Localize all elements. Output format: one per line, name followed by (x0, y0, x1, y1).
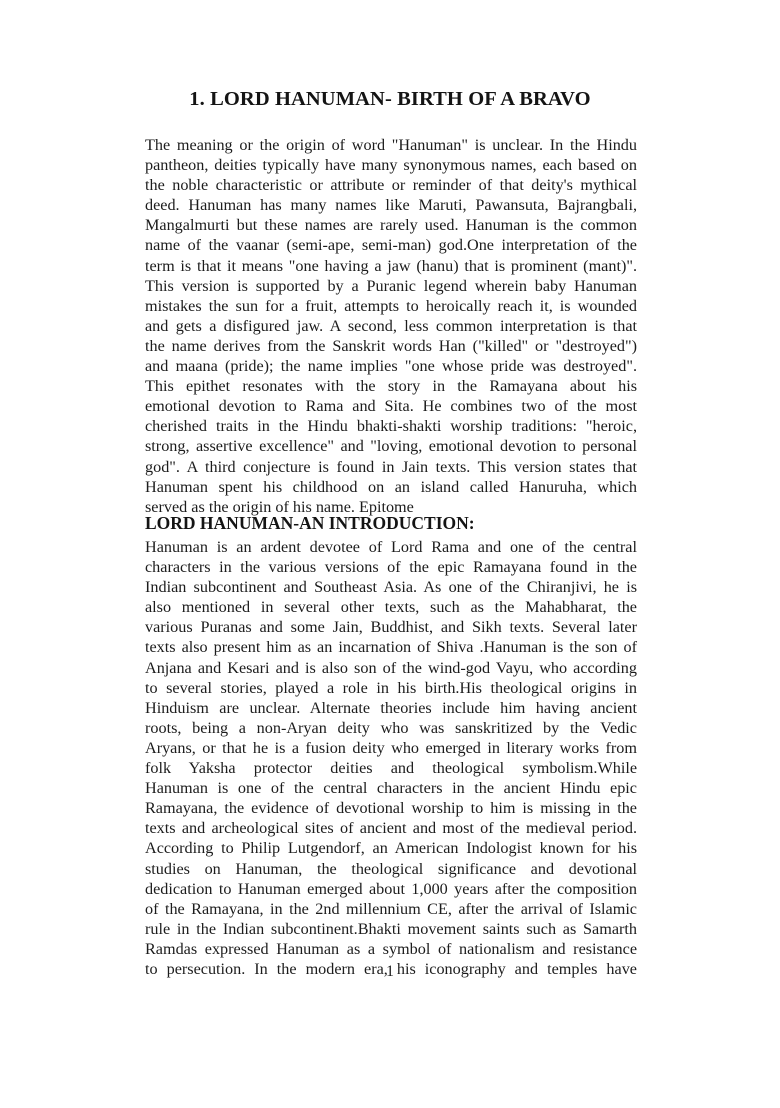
chapter-title: 1. LORD HANUMAN- BIRTH OF A BRAVO (0, 88, 780, 111)
text-line: Hanuman is an ardent devotee of Lord Ram… (145, 537, 637, 557)
text-line: characters in the various versions of th… (145, 557, 637, 577)
text-line: Ramdas expressed Hanuman as a symbol of … (145, 939, 637, 959)
text-line: Ramayana, the evidence of devotional wor… (145, 798, 637, 818)
text-line: term is that it means "one having a jaw … (145, 256, 637, 276)
text-line: According to Philip Lutgendorf, an Ameri… (145, 838, 637, 858)
text-line: This version is supported by a Puranic l… (145, 276, 637, 296)
text-line: various Puranas and some Jain, Buddhist,… (145, 617, 637, 637)
text-line: Hanuman is one of the central characters… (145, 778, 637, 798)
text-line: The meaning or the origin of word "Hanum… (145, 135, 637, 155)
text-line: Anjana and Kesari and is also son of the… (145, 658, 637, 678)
text-line: studies on Hanuman, the theological sign… (145, 859, 637, 879)
text-line: texts also present him as an incarnation… (145, 637, 637, 657)
text-line: pantheon, deities typically have many sy… (145, 155, 637, 175)
text-line: roots, being a non-Aryan deity who was s… (145, 718, 637, 738)
text-line: god". A third conjecture is found in Jai… (145, 457, 637, 477)
text-line: rule in the Indian subcontinent.Bhakti m… (145, 919, 637, 939)
text-line: Hanuman spent his childhood on an island… (145, 477, 637, 497)
document-page: 1. LORD HANUMAN- BIRTH OF A BRAVO The me… (0, 0, 780, 1108)
text-line: Mangalmurti but these names are rarely u… (145, 215, 637, 235)
text-line: This epithet resonates with the story in… (145, 376, 637, 396)
text-line: emotional devotion to Rama and Sita. He … (145, 396, 637, 416)
section-heading: LORD HANUMAN-AN INTRODUCTION: (145, 513, 475, 534)
text-line: of the Ramayana, in the 2nd millennium C… (145, 899, 637, 919)
text-line: and gets a disfigured jaw. A second, les… (145, 316, 637, 336)
paragraph-introduction: Hanuman is an ardent devotee of Lord Ram… (145, 537, 637, 979)
text-line: to several stories, played a role in his… (145, 678, 637, 698)
text-line: the noble characteristic or attribute or… (145, 175, 637, 195)
text-line: deed. Hanuman has many names like Maruti… (145, 195, 637, 215)
text-line: dedication to Hanuman emerged about 1,00… (145, 879, 637, 899)
text-line: the name derives from the Sanskrit words… (145, 336, 637, 356)
text-line: Hinduism are unclear. Alternate theories… (145, 698, 637, 718)
text-line: Indian subcontinent and Southeast Asia. … (145, 577, 637, 597)
text-line: name of the vaanar (semi-ape, semi-man) … (145, 235, 637, 255)
text-line: strong, assertive excellence" and "lovin… (145, 436, 637, 456)
text-line: cherished traits in the Hindu bhakti-sha… (145, 416, 637, 436)
text-line: texts and archeological sites of ancient… (145, 818, 637, 838)
text-line: folk Yaksha protector deities and theolo… (145, 758, 637, 778)
text-line: also mentioned in several other texts, s… (145, 597, 637, 617)
text-line: and maana (pride); the name implies "one… (145, 356, 637, 376)
text-line: mistakes the sun for a fruit, attempts t… (145, 296, 637, 316)
text-line: Aryans, or that he is a fusion deity who… (145, 738, 637, 758)
paragraph-etymology: The meaning or the origin of word "Hanum… (145, 135, 637, 517)
page-number: 1 (0, 963, 780, 981)
